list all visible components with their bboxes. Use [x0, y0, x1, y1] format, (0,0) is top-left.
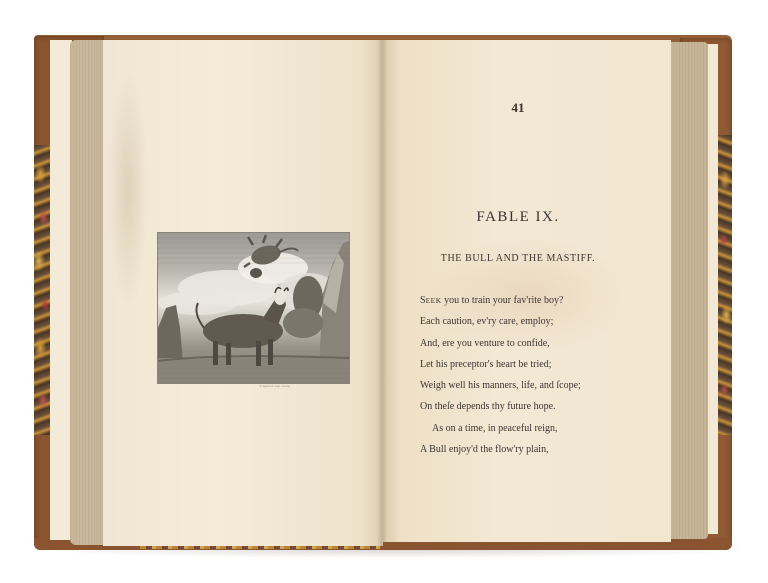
- left-page-foxing: [108, 70, 148, 310]
- fable-subtitle: THE BULL AND THE MASTIFF.: [383, 253, 653, 264]
- poem-text: SEEK you to train your fav'rite boy? Eac…: [420, 290, 660, 460]
- engraving-art: [158, 233, 349, 383]
- poem-line-2: Each caution, ev'ry care, employ;: [420, 311, 660, 332]
- fable-title: FABLE IX.: [383, 209, 653, 226]
- engraver-credit: Scuptured engr. sculp.: [245, 384, 305, 390]
- left-page-stack: [70, 40, 103, 545]
- left-marbled-board: [34, 145, 50, 435]
- poem-line-6: On theſe depends thy future hope.: [420, 396, 660, 417]
- page-number: 41: [383, 100, 653, 116]
- poem-line-4: Let his preceptor's heart be tried;: [420, 354, 660, 375]
- poem-line-8: A Bull enjoy'd the flow'ry plain,: [420, 439, 660, 460]
- right-page-stack: [670, 42, 708, 539]
- bull-and-mastiff-engraving: [157, 232, 350, 384]
- poem-line-5: Weigh well his manners, life, and ſcope;: [420, 375, 660, 396]
- right-marbled-board: [718, 135, 732, 435]
- poem-line-7: As on a time, in peaceful reign,: [420, 418, 660, 439]
- poem-line-3: And, ere you venture to confide,: [420, 333, 660, 354]
- left-endpaper: [50, 40, 72, 540]
- poem-initial-rest: EEK: [426, 296, 442, 305]
- poem-line-1: SEEK you to train your fav'rite boy?: [420, 290, 660, 311]
